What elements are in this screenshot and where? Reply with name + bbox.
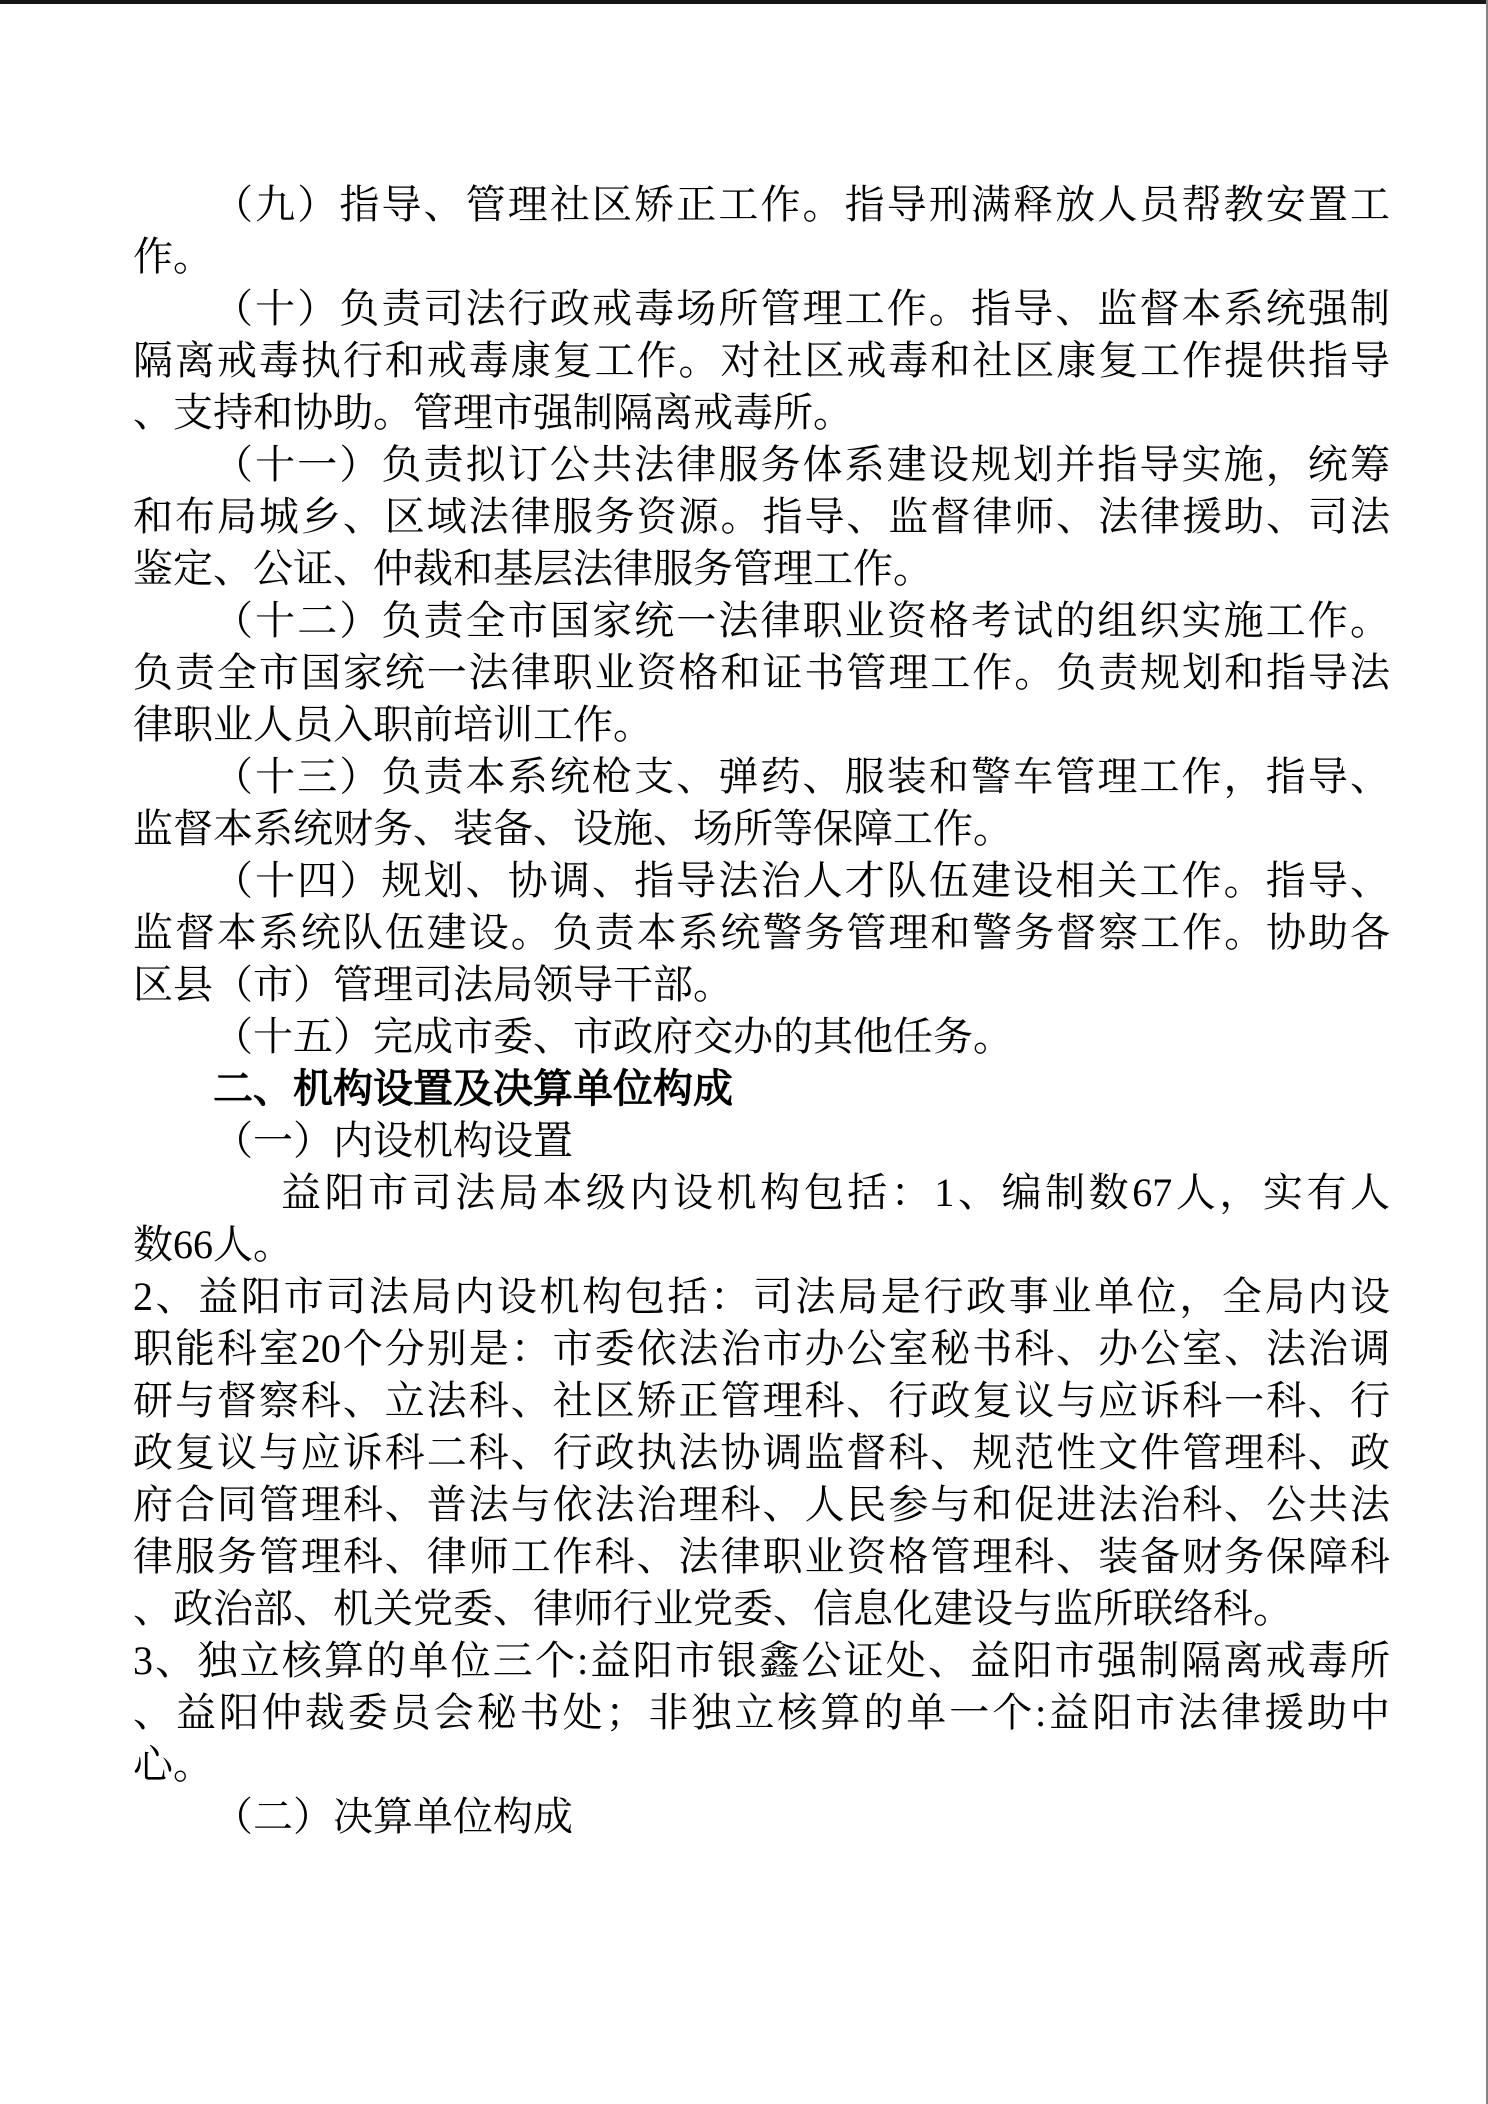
paragraph: 益阳市司法局本级内设机构包括：1、编制数67人，实有人数66人。 xyxy=(133,1167,1390,1271)
text-line: （十四）规划、协调、指导法治人才队伍建设相关工作。指导、 xyxy=(133,855,1390,907)
text-line: （十五）完成市委、市政府交办的其他任务。 xyxy=(133,1011,1390,1063)
paragraph: （十一）负责拟订公共法律服务体系建设规划并指导实施，统筹和布局城乡、区域法律服务… xyxy=(133,439,1390,595)
text-line: 负责全市国家统一法律职业资格和证书管理工作。负责规划和指导法 xyxy=(133,647,1390,699)
text-line: 研与督察科、立法科、社区矫正管理科、行政复议与应诉科一科、行 xyxy=(133,1375,1390,1427)
text-line: 2、益阳市司法局内设机构包括：司法局是行政事业单位，全局内设 xyxy=(133,1271,1390,1323)
text-line: （二）决算单位构成 xyxy=(133,1791,1390,1843)
text-line: （十）负责司法行政戒毒场所管理工作。指导、监督本系统强制 xyxy=(133,283,1390,335)
page-separator-bar xyxy=(0,0,1488,4)
text-line: 监督本系统队伍建设。负责本系统警务管理和警务督察工作。协助各 xyxy=(133,907,1390,959)
document-page: （九）指导、管理社区矫正工作。指导刑满释放人员帮教安置工作。（十）负责司法行政戒… xyxy=(0,0,1488,2104)
text-line: 3、独立核算的单位三个:益阳市银鑫公证处、益阳市强制隔离戒毒所 xyxy=(133,1635,1390,1687)
text-line: 和布局城乡、区域法律服务资源。指导、监督律师、法律援助、司法 xyxy=(133,491,1390,543)
paragraph: （二）决算单位构成 xyxy=(133,1791,1390,1843)
text-line: 律服务管理科、律师工作科、法律职业资格管理科、装备财务保障科 xyxy=(133,1531,1390,1583)
text-line: （一）内设机构设置 xyxy=(133,1115,1390,1167)
text-line: （十一）负责拟订公共法律服务体系建设规划并指导实施，统筹 xyxy=(133,439,1390,491)
paragraph: （十三）负责本系统枪支、弹药、服装和警车管理工作，指导、监督本系统财务、装备、设… xyxy=(133,751,1390,855)
text-line: 鉴定、公证、仲裁和基层法律服务管理工作。 xyxy=(133,543,1390,595)
paragraph: 3、独立核算的单位三个:益阳市银鑫公证处、益阳市强制隔离戒毒所、益阳仲裁委员会秘… xyxy=(133,1635,1390,1791)
paragraph: （一）内设机构设置 xyxy=(133,1115,1390,1167)
text-line: 、政治部、机关党委、律师行业党委、信息化建设与监所联络科。 xyxy=(133,1583,1390,1635)
text-line: 益阳市司法局本级内设机构包括：1、编制数67人，实有人 xyxy=(133,1167,1390,1219)
section-heading: 二、机构设置及决算单位构成 xyxy=(133,1063,1390,1115)
paragraph: （十四）规划、协调、指导法治人才队伍建设相关工作。指导、监督本系统队伍建设。负责… xyxy=(133,855,1390,1011)
text-line: 二、机构设置及决算单位构成 xyxy=(133,1063,1390,1115)
document-body-text: （九）指导、管理社区矫正工作。指导刑满释放人员帮教安置工作。（十）负责司法行政戒… xyxy=(133,179,1390,1843)
text-line: 数66人。 xyxy=(133,1219,1390,1271)
paragraph: （十）负责司法行政戒毒场所管理工作。指导、监督本系统强制隔离戒毒执行和戒毒康复工… xyxy=(133,283,1390,439)
paragraph: 2、益阳市司法局内设机构包括：司法局是行政事业单位，全局内设职能科室20个分别是… xyxy=(133,1271,1390,1635)
text-line: （九）指导、管理社区矫正工作。指导刑满释放人员帮教安置工 xyxy=(133,179,1390,231)
text-line: 、支持和协助。管理市强制隔离戒毒所。 xyxy=(133,387,1390,439)
text-line: 职能科室20个分别是：市委依法治市办公室秘书科、办公室、法治调 xyxy=(133,1323,1390,1375)
paragraph: （十五）完成市委、市政府交办的其他任务。 xyxy=(133,1011,1390,1063)
text-line: 隔离戒毒执行和戒毒康复工作。对社区戒毒和社区康复工作提供指导 xyxy=(133,335,1390,387)
text-line: （十二）负责全市国家统一法律职业资格考试的组织实施工作。 xyxy=(133,595,1390,647)
paragraph: （十二）负责全市国家统一法律职业资格考试的组织实施工作。负责全市国家统一法律职业… xyxy=(133,595,1390,751)
paragraph: （九）指导、管理社区矫正工作。指导刑满释放人员帮教安置工作。 xyxy=(133,179,1390,283)
text-line: （十三）负责本系统枪支、弹药、服装和警车管理工作，指导、 xyxy=(133,751,1390,803)
text-line: 心。 xyxy=(133,1739,1390,1791)
text-line: 监督本系统财务、装备、设施、场所等保障工作。 xyxy=(133,803,1390,855)
text-line: 政复议与应诉科二科、行政执法协调监督科、规范性文件管理科、政 xyxy=(133,1427,1390,1479)
text-line: 作。 xyxy=(133,231,1390,283)
text-line: 律职业人员入职前培训工作。 xyxy=(133,699,1390,751)
text-line: 区县（市）管理司法局领导干部。 xyxy=(133,959,1390,1011)
text-line: 、益阳仲裁委员会秘书处；非独立核算的单一个:益阳市法律援助中 xyxy=(133,1687,1390,1739)
text-line: 府合同管理科、普法与依法治理科、人民参与和促进法治科、公共法 xyxy=(133,1479,1390,1531)
